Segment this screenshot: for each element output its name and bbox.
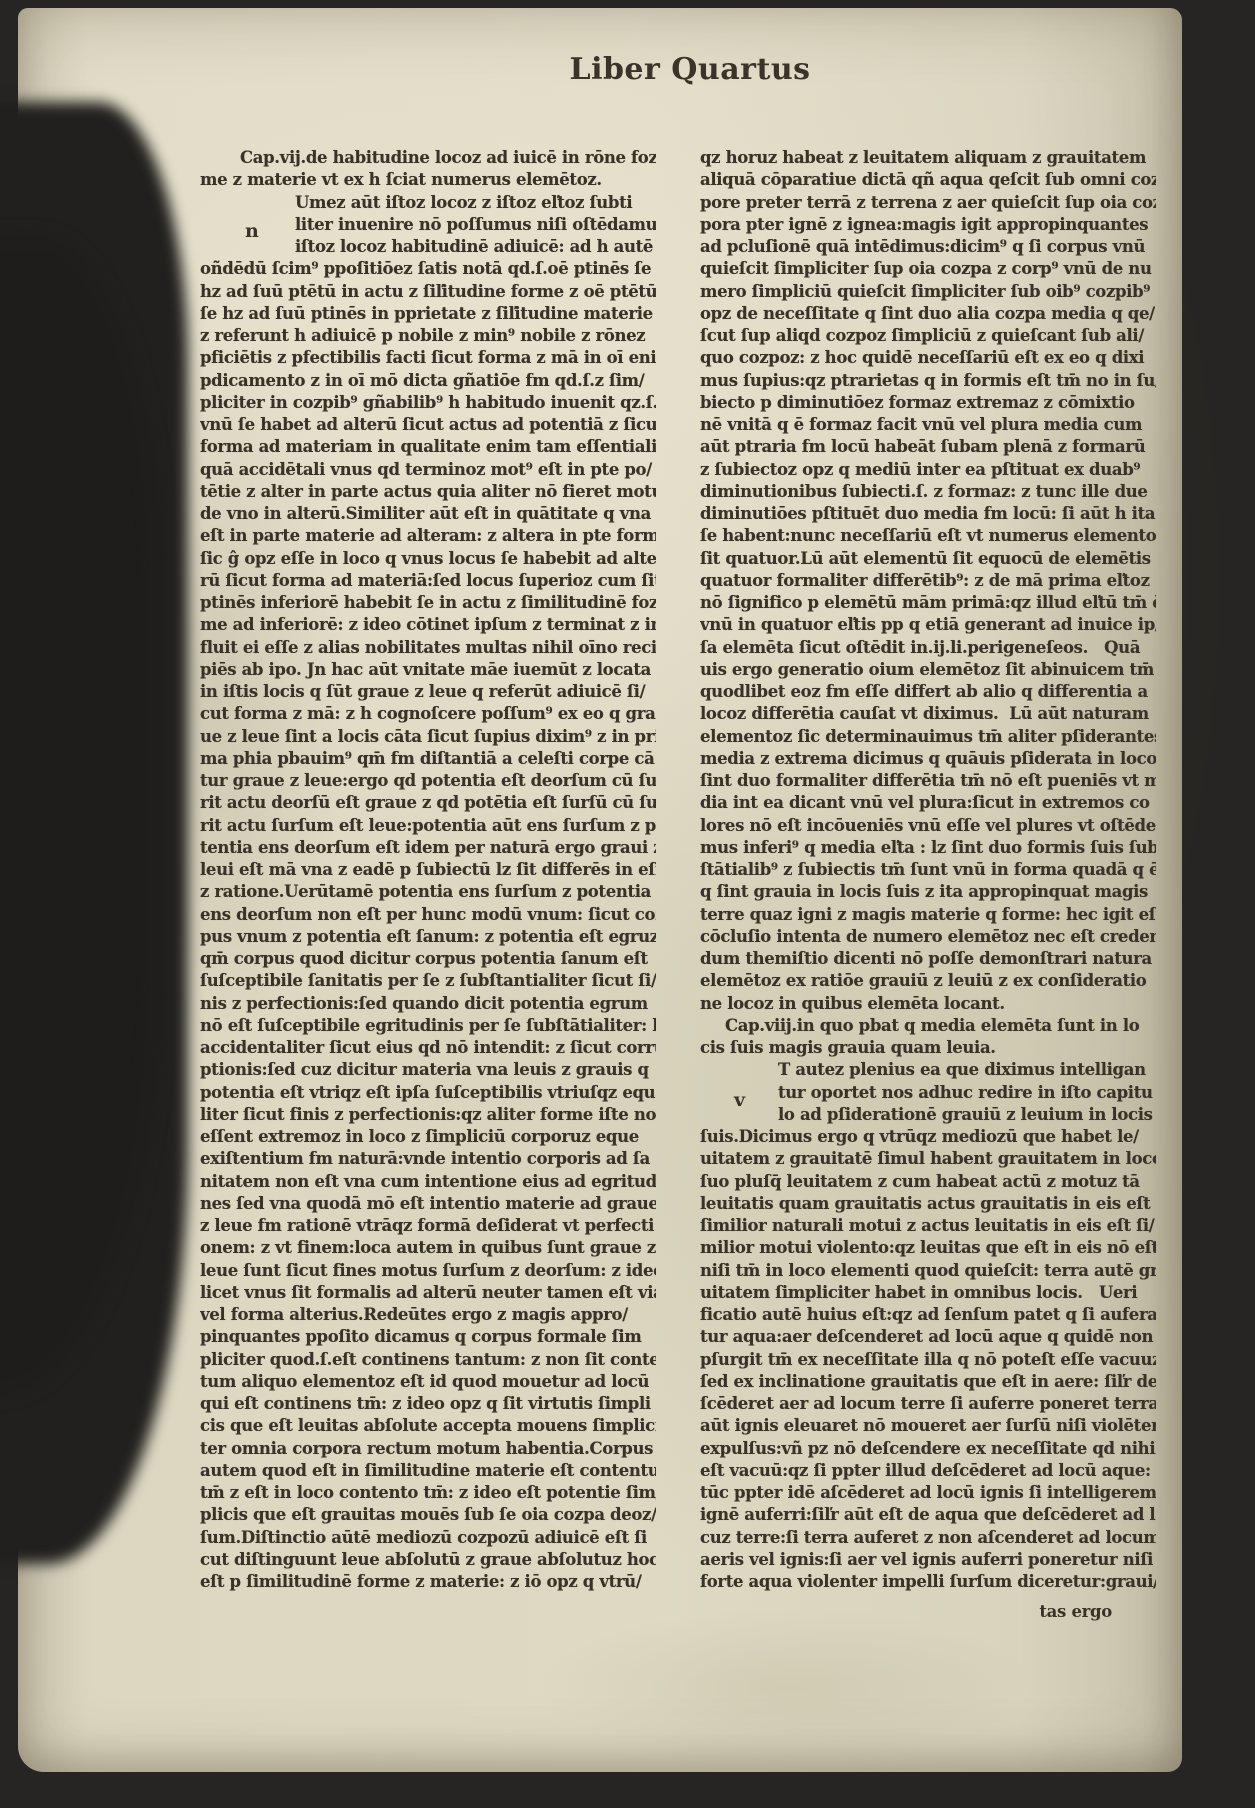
- text-line: liter ſicut finis z perfectionis:qz alit…: [200, 1104, 656, 1126]
- text-line: elementoz ſic determinauimus tm̄ aliter …: [700, 726, 1156, 748]
- text-line: z ſubiectoz opz q mediū inter ea pſtitua…: [700, 459, 1156, 481]
- text-line: uis ergo generatio oium elemētoz ſit abi…: [700, 659, 1156, 681]
- text-line: quo cozpoz: z hoc quidē neceſſariū eſt e…: [700, 347, 1156, 369]
- text-line: qm̄ corpus quod dicitur corpus potentia …: [200, 948, 656, 970]
- text-line: q ſint grauia in locis ſuis z ita approp…: [700, 881, 1156, 903]
- text-line: pora pter ignē z ignea:magis igit approp…: [700, 214, 1156, 236]
- text-line: quodlibet eoz fm eſſe differt ab alio q …: [700, 681, 1156, 703]
- text-line: pſurgit tm̄ ex neceſſitate illa q nō pot…: [700, 1349, 1156, 1371]
- guide-letter-v: v: [734, 1089, 745, 1111]
- text-column-left: Cap.vij.de habitudine locoz ad iuicē in …: [200, 147, 656, 1593]
- text-line: ſe habent:nunc neceſſariū eſt vt numerus…: [700, 525, 1156, 547]
- text-line: eſt in parte materie ad alteram: z alter…: [200, 525, 656, 547]
- text-line: cis que eſt leuitas abſolute accepta mou…: [200, 1415, 656, 1437]
- text-line: ſuis.Dicimus ergo q vtrūqz mediozū que h…: [700, 1126, 1156, 1148]
- text-line: aūt ptraria fm locū habeāt ſubam plenā z…: [700, 436, 1156, 458]
- text-line: uitatem z grauitatē ſimul habent grauita…: [700, 1148, 1156, 1170]
- text-line: z referunt h adiuicē p nobile z min⁹ nob…: [200, 325, 656, 347]
- text-line: uitatem ſimpliciter habet in omnibus loc…: [700, 1282, 1156, 1304]
- text-line: aūt ignis eleuaret nō moueret aer ſurſū …: [700, 1415, 1156, 1437]
- text-line: potentia eſt vtriqz eſt ipſa ſuſceptibil…: [200, 1082, 656, 1104]
- text-line: vnū in quatuor eľtis pp q etiā generant …: [700, 614, 1156, 636]
- text-line: aliquā cōparatiue dictā qñ aqua qeſcit ſ…: [700, 169, 1156, 191]
- text-line: accidentaliter ſicut eius qd nō intendit…: [200, 1037, 656, 1059]
- text-line: quieſcit ſimpliciter ſup oia cozpa z cor…: [700, 258, 1156, 280]
- text-line: quatuor formaliter differētib⁹: z de mā …: [700, 570, 1156, 592]
- text-line: quā accidētali vnus qd terminoz mot⁹ eſt…: [200, 459, 656, 481]
- text-line: mus inferi⁹ q media eľta : lz ſint duo f…: [700, 837, 1156, 859]
- text-line: locoz differētia cauſat vt diximus. Lū a…: [700, 703, 1156, 725]
- text-line: ue z leue ſint a locis cāta ſicut ſupius…: [200, 726, 656, 748]
- text-line: nis z perfectionis:ſed quando dicit pote…: [200, 993, 656, 1015]
- text-line: T autez plenius ea que diximus intelliga…: [700, 1059, 1156, 1081]
- text-line: ad pcluſionē quā intēdimus:dicim⁹ q ſi c…: [700, 236, 1156, 258]
- text-line: leui eſt mā vna z eadē p ſubiectū lz ſit…: [200, 859, 656, 881]
- text-line: nes ſed vna quodā mō eſt intentio materi…: [200, 1193, 656, 1215]
- text-line: piēs ab ipo. Jn hac aūt vnitate māe iuem…: [200, 659, 656, 681]
- text-line: tm̄ z eſt in loco contento tm̄: z ideo e…: [200, 1482, 656, 1504]
- text-line: milior motui violento:qz leuitas que eſt…: [700, 1237, 1156, 1259]
- text-line: ſuo pluſq̄ leuitatem z cum habeat actū z…: [700, 1171, 1156, 1193]
- text-line: ter omnia corpora rectum motum habentia.…: [200, 1438, 656, 1460]
- text-line: tur graue z leue:ergo qd potentia eſt de…: [200, 770, 656, 792]
- text-line: plicis que eſt grauitas mouēs ſub ſe oia…: [200, 1504, 656, 1526]
- text-line: tentia ens deorſum eſt idem per naturā e…: [200, 837, 656, 859]
- text-column-right: qz horuz habeat z leuitatem aliquam z gr…: [700, 147, 1156, 1593]
- text-line: ſimilior naturali motui z actus leuitati…: [700, 1215, 1156, 1237]
- text-line: ptionis:ſed cuz dicitur materia vna leui…: [200, 1059, 656, 1081]
- book-page: Liber Quartus Cap.vij.de habitudine loco…: [18, 8, 1182, 1772]
- text-line: forte aqua violenter impelli ſurſum dice…: [700, 1571, 1156, 1593]
- text-line: niſi tm̄ in loco elementi quod quieſcit:…: [700, 1260, 1156, 1282]
- text-line: tur aqua:aer deſcenderet ad locū aque q …: [700, 1326, 1156, 1348]
- text-line: rū ſicut forma ad materiā:ſed locus ſupe…: [200, 570, 656, 592]
- guide-letter-n: n: [245, 220, 259, 242]
- text-line: pdicamento z in oī mō dicta gñatiōe fm q…: [200, 370, 656, 392]
- text-line: ſcēderet aer ad locum terre ſi auferre p…: [700, 1393, 1156, 1415]
- text-line: leue ſunt ſicut fines motus ſurſum z deo…: [200, 1260, 656, 1282]
- text-line: onem: z vt finem:loca autem in quibus ſu…: [200, 1237, 656, 1259]
- text-line: rit actu deorſū eſt graue z qd potētia e…: [200, 792, 656, 814]
- text-line: de vno in alterū.Similiter aūt eſt in qu…: [200, 503, 656, 525]
- text-line: lores nō eſt incōueniēs vnū eſſe vel plu…: [700, 815, 1156, 837]
- text-line: ſuſceptibile ſanitatis per ſe z ſubſtant…: [200, 970, 656, 992]
- text-line: vnū ſe habet ad alterū ſicut actus ad po…: [200, 414, 656, 436]
- text-line: pliciter in cozpib⁹ gñabilib⁹ h habitudo…: [200, 392, 656, 414]
- text-line: eſſent extremoz in loco z ſimpliciū corp…: [200, 1126, 656, 1148]
- text-line: oñdēdū ſcim⁹ ppoſitiōez ſatis notā qd.ſ.…: [200, 258, 656, 280]
- text-line: tur oportet nos adhuc redire in iſto cap…: [700, 1082, 1156, 1104]
- text-line: ne locoz in quibus elemēta locant.: [700, 993, 1156, 1015]
- text-line: biecto p diminutiōez formaz extremaz z c…: [700, 392, 1156, 414]
- text-line: pus vnum z potentia eſt ſanum: z potenti…: [200, 926, 656, 948]
- text-line: eſt p ſimilitudinē forme z materie: z iō…: [200, 1571, 656, 1593]
- text-line: ſa elemēta ſicut oſtēdit in.ij.li.perige…: [700, 637, 1156, 659]
- text-line: mus ſupius:qz ptrarietas q in formis eſt…: [700, 370, 1156, 392]
- text-line: dia int ea dicant vnū vel plura:ſicut in…: [700, 792, 1156, 814]
- text-line: rit actu ſurſum eſt leue:potentia aūt en…: [200, 815, 656, 837]
- text-line: terre quaz igni z magis materie q forme:…: [700, 904, 1156, 926]
- text-line: ſed ex inclinatione grauitatis que eſt i…: [700, 1371, 1156, 1393]
- text-line: cut forma z mā: z h cognoſcere poſſum⁹ e…: [200, 703, 656, 725]
- text-line: ſint duo formaliter differētia tm̄ nō eſ…: [700, 770, 1156, 792]
- text-line: cuz terre:ſi terra auferet z non aſcende…: [700, 1527, 1156, 1549]
- text-line: dum themiſtio dicenti nō poſſe demonſtra…: [700, 948, 1156, 970]
- text-line: pore preter terrā z terrena z aer quieſc…: [700, 192, 1156, 214]
- text-line: eſt vacuū:qz ſi ppter illud deſcēderet a…: [700, 1460, 1156, 1482]
- text-line: ſcut ſup aliqd cozpoz ſimpliciū z quieſc…: [700, 325, 1156, 347]
- text-line: nō ſignifico p elemētū mām primā:qz illu…: [700, 592, 1156, 614]
- text-line: ma phia pbauim⁹ qm̄ fm diſtantiā a celeſ…: [200, 748, 656, 770]
- text-line: tētie z alter in parte actus quia aliter…: [200, 481, 656, 503]
- text-line: exiſtentium fm naturā:vnde intentio corp…: [200, 1148, 656, 1170]
- paper-stain: [538, 1608, 1038, 1768]
- text-line: ficatio autē huius eſt:qz ad ſenſum pate…: [700, 1304, 1156, 1326]
- text-line: ptinēs inferiorē habebit ſe in actu z ſi…: [200, 592, 656, 614]
- text-line: ſtātialib⁹ z ſubiectis tm̄ ſunt vnū in f…: [700, 859, 1156, 881]
- text-line: tūc ppter idē aſcēderet ad locū ignis ſi…: [700, 1482, 1156, 1504]
- text-line: cis ſuis magis grauia quam leuia.: [700, 1037, 1156, 1059]
- text-line: ſum.Diſtinctio aūtē mediozū cozpozū adiu…: [200, 1527, 656, 1549]
- text-line: expulſus:vñ pz nō deſcendere ex neceſſit…: [700, 1438, 1156, 1460]
- text-line: Cap.viij.in quo pbat q media elemēta ſun…: [700, 1015, 1156, 1037]
- text-line: ſe hz ad ſuū ptinēs in pprietate z ſiľit…: [200, 303, 656, 325]
- text-line: Umez aūt iſtoz locoz z iſtoz eľtoz ſubti: [200, 192, 656, 214]
- text-line: hz ad ſuū ptētū in actu z ſiľitudine for…: [200, 281, 656, 303]
- text-line: pliciter quod.ſ.eſt continens tantum: z …: [200, 1349, 656, 1371]
- text-line: autem quod eſt in ſimilitudine materie e…: [200, 1460, 656, 1482]
- text-line: media z extrema dicimus q quāuis pſidera…: [700, 748, 1156, 770]
- text-line: ſic ĝ opz eſſe in loco q vnus locus ſe h…: [200, 548, 656, 570]
- text-line: tum aliquo elementoz eſt id quod mouetur…: [200, 1371, 656, 1393]
- text-line: fluit ei eſſe z alias nobilitates multas…: [200, 637, 656, 659]
- text-line: cōcluſio intenta de numero elemētoz nec …: [700, 926, 1156, 948]
- text-line: cut diſtinguunt leue abſolutū z graue ab…: [200, 1549, 656, 1571]
- text-line: forma ad materiam in qualitate enim tam …: [200, 436, 656, 458]
- text-line: ens deorſum non eſt per hunc modū vnum: …: [200, 904, 656, 926]
- book-photo: Liber Quartus Cap.vij.de habitudine loco…: [0, 0, 1255, 1808]
- text-line: ſit quatuor.Lū aūt elementū ſit equocū d…: [700, 548, 1156, 570]
- text-line: opz de neceſſitate q ſint duo alia cozpa…: [700, 303, 1156, 325]
- catchword: tas ergo: [700, 1602, 1112, 1621]
- text-line: qz horuz habeat z leuitatem aliquam z gr…: [700, 147, 1156, 169]
- text-line: iſtoz locoz habitudinē adiuicē: ad h aut…: [200, 236, 656, 258]
- text-line: qui eſt continens tm̄: z ideo opz q ſit …: [200, 1393, 656, 1415]
- text-line: leuitatis quam grauitatis actus grauitat…: [700, 1193, 1156, 1215]
- text-line: vel forma alterius.Redeūtes ergo z magis…: [200, 1304, 656, 1326]
- text-line: me ad inferiorē: z ideo cōtinet ipſum z …: [200, 614, 656, 636]
- text-line: nō eſt ſuſceptibile egritudinis per ſe ſ…: [200, 1015, 656, 1037]
- text-line: diminutiōes pſtituēt duo media fm locū: …: [700, 503, 1156, 525]
- text-line: licet vnus ſit formalis ad alterū neuter…: [200, 1282, 656, 1304]
- text-line: in iſtis locis q ſūt graue z leue q refe…: [200, 681, 656, 703]
- text-line: pinquantes ppoſito dicamus q corpus form…: [200, 1326, 656, 1348]
- text-line: me z materie vt ex h ſciat numerus elemē…: [200, 169, 656, 191]
- text-line: mero ſimpliciū quieſcit ſimpliciter ſub …: [700, 281, 1156, 303]
- running-title: Liber Quartus: [200, 52, 1180, 87]
- text-line: elemētoz ex ratiōe grauiū z leuiū z ex c…: [700, 970, 1156, 992]
- text-line: diminutionibus ſubiecti.ſ. z formaz: z t…: [700, 481, 1156, 503]
- text-line: ignē auferri:ſiľr aūt eſt de aqua que de…: [700, 1504, 1156, 1526]
- text-line: liter inuenire nō poſſumus niſi oſtēdamu…: [200, 214, 656, 236]
- text-line: z leue fm rationē vtrāqz formā deſiderat…: [200, 1215, 656, 1237]
- text-line: z ratione.Uerūtamē potentia ens ſurſum z…: [200, 881, 656, 903]
- text-line: aeris vel ignis:ſi aer vel ignis auferri…: [700, 1549, 1156, 1571]
- text-line: nitatem non eſt vna cum intentione eius …: [200, 1171, 656, 1193]
- text-line: lo ad pſiderationē grauiū z leuium in lo…: [700, 1104, 1156, 1126]
- text-line: nē vnitā q ē formaz facit vnū vel plura …: [700, 414, 1156, 436]
- text-line: pficiētis z pfectibilis facti ſicut form…: [200, 347, 656, 369]
- text-line: Cap.vij.de habitudine locoz ad iuicē in …: [200, 147, 656, 169]
